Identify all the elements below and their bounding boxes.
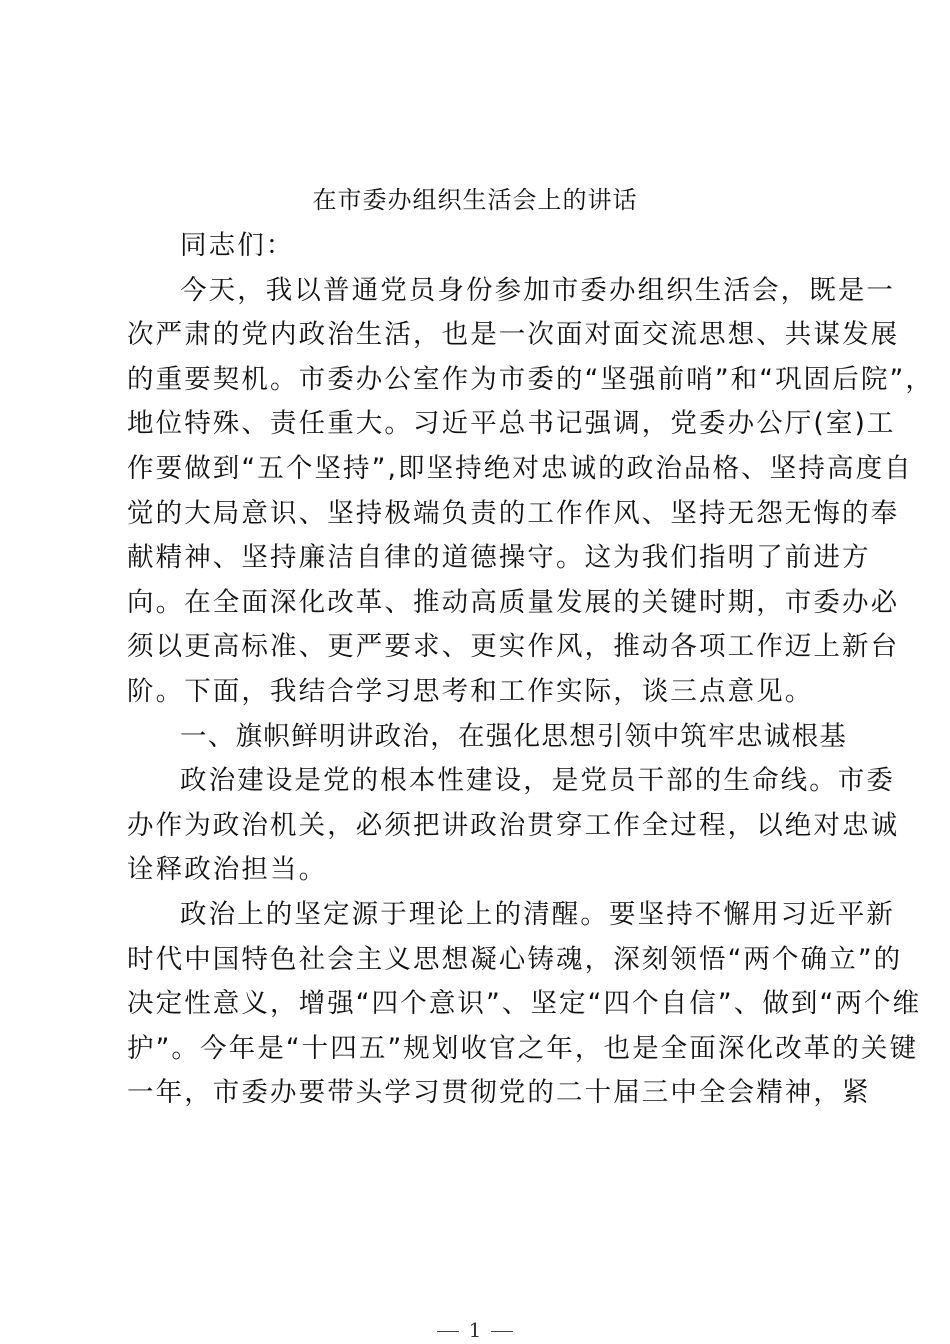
paragraph-line: 作要做到“五个坚持”,即坚持绝对忠诚的政治品格、坚持高度自 (127, 447, 831, 492)
paragraph-line: 政治上的坚定源于理论上的清醒。要坚持不懈用习近平新 (127, 893, 831, 938)
paragraph-line: 次严肃的党内政治生活，也是一次面对面交流思想、共谋发展 (127, 313, 831, 358)
paragraph-line: 献精神、坚持廉洁自律的道德操守。这为我们指明了前进方 (127, 536, 831, 581)
paragraph-line: 觉的大局意识、坚持极端负责的工作作风、坚持无怨无悔的奉 (127, 492, 831, 537)
paragraph-line: 诠释政治担当。 (127, 848, 831, 893)
dash-right (491, 1331, 513, 1332)
paragraph-line: 今天，我以普通党员身份参加市委办组织生活会，既是一 (127, 269, 831, 314)
paragraph-line: 向。在全面深化改革、推动高质量发展的关键时期，市委办必 (127, 581, 831, 626)
page-number-value: 1 (469, 1318, 482, 1342)
paragraph-line: 办作为政治机关，必须把讲政治贯穿工作全过程，以绝对忠诚 (127, 804, 831, 849)
paragraph-line: 时代中国特色社会主义思想凝心铸魂，深刻领悟“两个确立”的 (127, 938, 831, 983)
section-heading: 一、旗帜鲜明讲政治，在强化思想引领中筑牢忠诚根基 (127, 715, 831, 760)
salutation: 同志们： (127, 224, 831, 269)
paragraph-line: 地位特殊、责任重大。习近平总书记强调，党委办公厅(室)工 (127, 402, 831, 447)
paragraph-line: 政治建设是党的根本性建设，是党员干部的生命线。市委 (127, 759, 831, 804)
document-body: 同志们： 今天，我以普通党员身份参加市委办组织生活会，既是一 次严肃的党内政治生… (127, 224, 831, 1116)
paragraph-line: 一年，市委办要带头学习贯彻党的二十届三中全会精神，紧 (127, 1071, 831, 1116)
paragraph-line: 护”。今年是“十四五”规划收官之年，也是全面深化改革的关键 (127, 1027, 831, 1072)
paragraph-line: 须以更高标准、更严要求、更实作风，推动各项工作迈上新台 (127, 625, 831, 670)
paragraph-line: 的重要契机。市委办公室作为市委的“坚强前哨”和“巩固后院”， (127, 358, 831, 403)
paragraph-line: 阶。下面，我结合学习思考和工作实际，谈三点意见。 (127, 670, 831, 715)
document-title: 在市委办组织生活会上的讲话 (0, 182, 950, 218)
dash-left (437, 1331, 459, 1332)
document-page: 在市委办组织生活会上的讲话 同志们： 今天，我以普通党员身份参加市委办组织生活会… (0, 0, 950, 1344)
page-number: 1 (0, 1318, 950, 1342)
paragraph-line: 决定性意义，增强“四个意识”、坚定“四个自信”、做到“两个维 (127, 982, 831, 1027)
